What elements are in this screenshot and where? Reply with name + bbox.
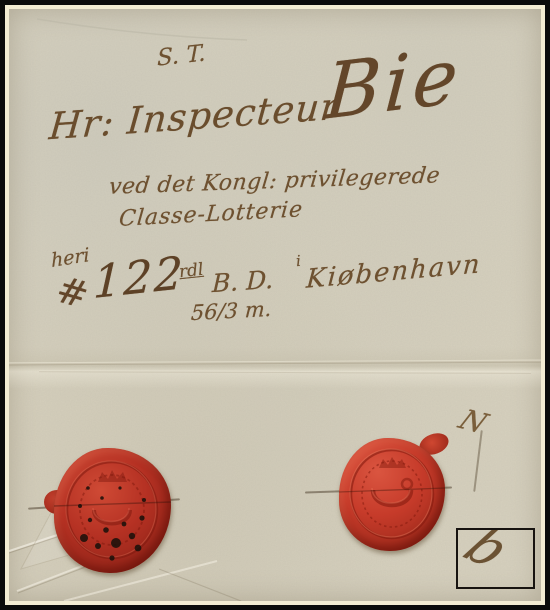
destination-city-text: Kiøbenhavn (305, 249, 482, 295)
expert-box-mark: b (456, 528, 521, 579)
corner-squiggle-mark: N (453, 404, 493, 440)
recipient-name-text: Bie (322, 30, 464, 137)
letter-paper: S. T. Hr: Inspecteur Bie ved det Kongl: … (9, 9, 541, 601)
value-unit-text: rdl (178, 260, 204, 282)
photo-frame: S. T. Hr: Inspecteur Bie ved det Kongl: … (0, 0, 550, 610)
recipient-title-text: Hr: Inspecteur (47, 85, 340, 149)
wax-seal-left (54, 448, 171, 573)
thread-line-diagonal (473, 430, 482, 492)
organization-line2-text: Classe-Lotterie (118, 197, 304, 232)
salutation-text: S. T. (157, 40, 206, 71)
expert-mark-box: b (456, 528, 535, 589)
destination-preposition-text: i (295, 252, 301, 270)
value-heri-text: heri (51, 244, 90, 272)
seal-emboss-crest-icon (54, 448, 171, 573)
value-hash-mark: # (52, 268, 94, 318)
organization-line1-text: ved det Kongl: privilegerede (108, 163, 442, 200)
value-amount-text: 122 (92, 246, 185, 309)
value-bank-text: B. D. (212, 265, 274, 298)
value-weight-text: 56/3 m. (190, 297, 272, 325)
seal-emboss-posthorn-icon (339, 438, 445, 551)
wax-seal-right (339, 438, 445, 551)
fold-shading (9, 347, 541, 389)
